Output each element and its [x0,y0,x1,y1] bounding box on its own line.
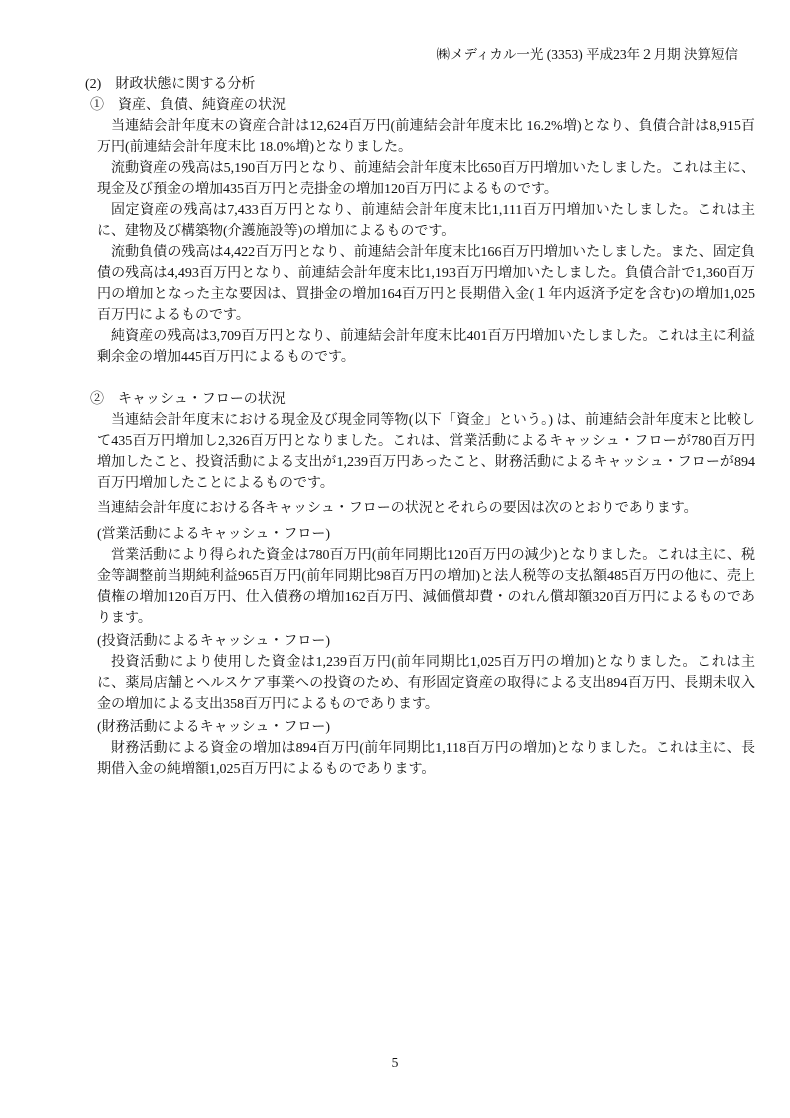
cashflow-paragraph-operating: 営業活動により得られた資金は780百万円(前年同期比120百万円の減少)となりま… [97,545,755,629]
cashflow-lead-line: 当連結会計年度における各キャッシュ・フローの状況とそれらの要因は次のとおりであり… [97,498,755,519]
document-header: ㈱メディカル一光 (3353) 平成23年２月期 決算短信 [0,44,738,65]
assets-paragraph-liabilities: 流動負債の残高は4,422百万円となり、前連結会計年度末比166百万円増加いたし… [97,242,755,326]
cashflow-heading-financing: (財務活動によるキャッシュ・フロー) [97,717,755,738]
cashflow-paragraph-investing: 投資活動により使用した資金は1,239百万円(前年同期比1,025百万円の増加)… [97,652,755,715]
page-number: 5 [0,1052,790,1073]
assets-paragraph-fixed-assets: 固定資産の残高は7,433百万円となり、前連結会計年度末比1,111百万円増加い… [97,200,755,242]
cashflow-heading-investing: (投資活動によるキャッシュ・フロー) [97,631,755,652]
cashflow-heading-operating: (営業活動によるキャッシュ・フロー) [97,524,755,545]
cashflow-intro-paragraph: 当連結会計年度末における現金及び現金同等物(以下「資金」という。) は、前連結会… [97,410,755,494]
subsection-title-cash-flow: ② キャッシュ・フローの状況 [90,389,755,410]
cashflow-paragraph-financing: 財務活動による資金の増加は894百万円(前年同期比1,118百万円の増加)となり… [97,738,755,780]
document-page: ㈱メディカル一光 (3353) 平成23年２月期 決算短信 (2) 財政状態に関… [0,0,790,1118]
section-title-financial-position-analysis: (2) 財政状態に関する分析 [85,74,755,95]
page-content: (2) 財政状態に関する分析 ① 資産、負債、純資産の状況 当連結会計年度末の資… [85,74,755,780]
assets-paragraph-current-assets: 流動資産の残高は5,190百万円となり、前連結会計年度末比650百万円増加いたし… [97,158,755,200]
subsection-title-assets-liabilities-equity: ① 資産、負債、純資産の状況 [90,95,755,116]
assets-paragraph-total: 当連結会計年度末の資産合計は12,624百万円(前連結会計年度末比 16.2%増… [97,116,755,158]
assets-paragraph-net-assets: 純資産の残高は3,709百万円となり、前連結会計年度末比401百万円増加いたしま… [97,326,755,368]
